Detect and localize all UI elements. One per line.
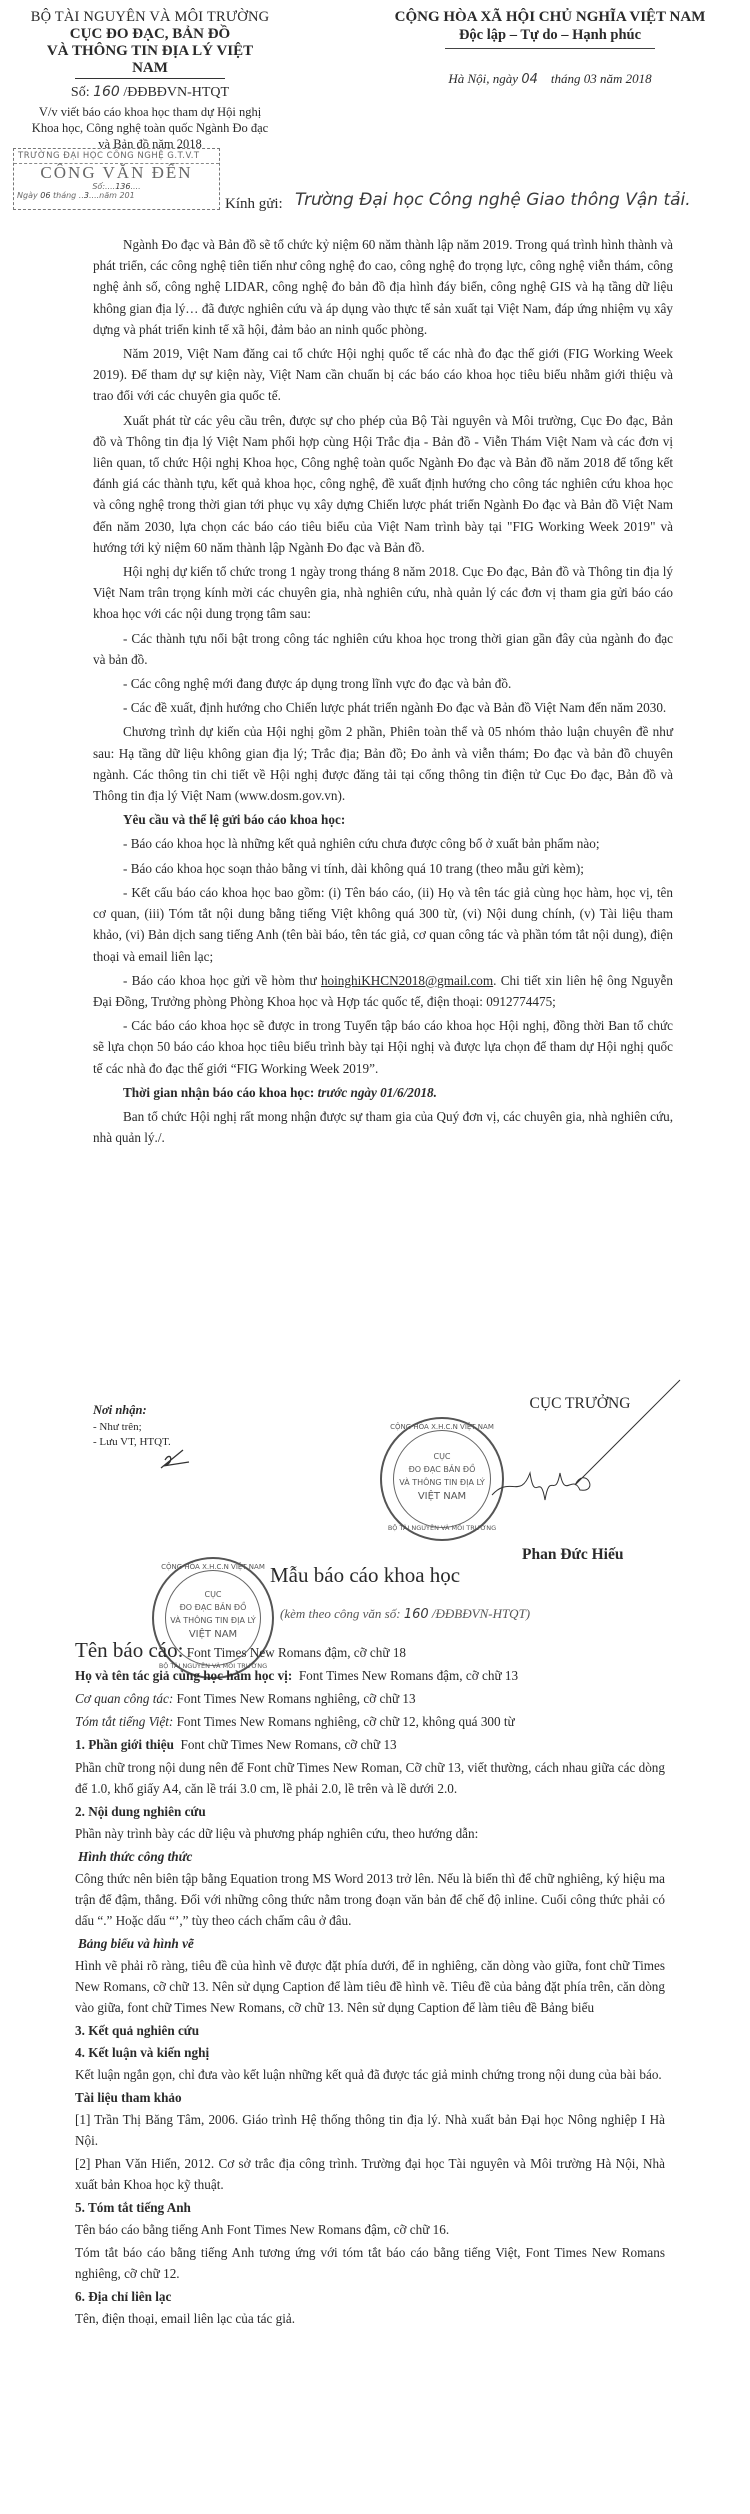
recipients-list: Nơi nhận: - Như trên; - Lưu VT, HTQT.: [93, 1403, 193, 1477]
received-stamp-title: CÔNG VĂN ĐẾN: [14, 164, 219, 182]
section-text: Tóm tắt báo cáo bằng tiếng Anh tương ứng…: [75, 2242, 665, 2284]
section-text: Tên, điện thoại, email liên lạc của tác …: [75, 2308, 665, 2329]
recipient-handwritten: Trường Đại học Công nghệ Giao thông Vận …: [295, 190, 691, 210]
paragraph: Ngành Đo đạc và Bản đồ sẽ tổ chức kỷ niệ…: [93, 234, 673, 340]
national-header: CỘNG HÒA XÃ HỘI CHỦ NGHĨA VIỆT NAM Độc l…: [380, 8, 720, 87]
section-heading: Tài liệu tham khảo: [75, 2087, 665, 2108]
agency-name-line1: CỤC ĐO ĐẠC, BẢN ĐỒ: [30, 26, 270, 43]
subsection-heading: Hình thức công thức: [78, 1846, 665, 1867]
section-text: Công thức nên biên tập bằng Equation tro…: [75, 1868, 665, 1931]
section-text: Hình vẽ phải rõ ràng, tiêu đề của hình v…: [75, 1955, 665, 2018]
initial-mark-icon: [153, 1442, 193, 1472]
deadline: Thời gian nhận báo cáo khoa học: trước n…: [93, 1082, 673, 1103]
signature-block: CỤC TRƯỞNG CỘNG HÒA X.H.C.N VIỆT NAM CỤC…: [440, 1395, 690, 1413]
agency-name-line2: VÀ THÔNG TIN ĐỊA LÝ VIỆT NAM: [30, 43, 270, 77]
topic-item: - Các công nghệ mới đang được áp dụng tr…: [93, 673, 673, 694]
report-template: Tên báo cáo: Font Times New Romans đậm, …: [75, 1640, 665, 2331]
paragraph: Năm 2019, Việt Nam đăng cai tổ chức Hội …: [93, 343, 673, 407]
received-stamp-number: Số:....136....: [14, 182, 219, 191]
section-text: Tên báo cáo bằng tiếng Anh Font Times Ne…: [75, 2219, 665, 2240]
document-number-handwritten: 160: [93, 84, 120, 100]
letter-body: Ngành Đo đạc và Bản đồ sẽ tổ chức kỷ niệ…: [93, 234, 673, 1151]
received-stamp-date: Ngày 06 tháng ..3....năm 201: [14, 191, 219, 200]
template-section-1: 1. Phần giới thiệu Font chữ Times New Ro…: [75, 1734, 665, 1755]
received-stamp: TRƯỜNG ĐẠI HỌC CÔNG NGHỆ G.T.V.T CÔNG VĂ…: [13, 148, 220, 210]
paragraph: Chương trình dự kiến của Hội nghị gồm 2 …: [93, 721, 673, 806]
subsection-heading: Bảng biểu và hình vẽ: [78, 1933, 665, 1954]
section-heading: 2. Nội dung nghiên cứu: [75, 1801, 665, 1822]
issuer-header: BỘ TÀI NGUYÊN VÀ MÔI TRƯỜNG CỤC ĐO ĐẠC, …: [30, 8, 270, 152]
template-abstract: Tóm tắt tiếng Việt: Font Times New Roman…: [75, 1711, 665, 1732]
submission-email-link[interactable]: hoinghiKHCN2018@gmail.com: [321, 973, 493, 988]
signature-icon: [490, 1375, 690, 1525]
section-text: Kết luận ngắn gọn, chỉ đưa vào kết luận …: [75, 2064, 665, 2085]
paragraph: Xuất phát từ các yêu cầu trên, được sự c…: [93, 410, 673, 558]
recipient-label: Kính gửi:: [225, 196, 283, 213]
header-divider: [75, 78, 225, 79]
template-subtitle: (kèm theo công văn số: 160 /ĐĐBĐVN-HTQT): [280, 1606, 530, 1622]
template-author: Họ và tên tác giả cùng học hàm học vị: F…: [75, 1665, 665, 1686]
recipients-title: Nơi nhận:: [93, 1403, 193, 1418]
section-heading: 6. Địa chỉ liên lạc: [75, 2286, 665, 2307]
template-report-name: Tên báo cáo: Font Times New Romans đậm, …: [75, 1640, 665, 1663]
topic-item: - Các thành tựu nổi bật trong công tác n…: [93, 628, 673, 670]
section-heading: 5. Tóm tắt tiếng Anh: [75, 2197, 665, 2218]
requirement-item: - Các báo cáo khoa học sẽ được in trong …: [93, 1015, 673, 1079]
ministry-name: BỘ TÀI NGUYÊN VÀ MÔI TRƯỜNG: [30, 8, 270, 26]
requirement-item: - Báo cáo khoa học là những kết quả nghi…: [93, 833, 673, 854]
closing-paragraph: Ban tổ chức Hội nghị rất mong nhận được …: [93, 1106, 673, 1148]
paragraph: Hội nghị dự kiến tổ chức trong 1 ngày tr…: [93, 561, 673, 625]
template-title: Mẫu báo cáo khoa học: [270, 1563, 460, 1588]
requirement-item: - Báo cáo khoa học soạn thảo bằng vi tín…: [93, 858, 673, 879]
issue-date: Hà Nội, ngày 04 tháng 03 năm 2018: [380, 71, 720, 87]
requirements-heading: Yêu cầu và thể lệ gửi báo cáo khoa học:: [93, 809, 673, 830]
national-motto: Độc lập – Tự do – Hạnh phúc: [380, 26, 720, 44]
document-subject: V/v viết báo cáo khoa học tham dự Hội ng…: [30, 104, 270, 152]
section-text: Phần này trình bày các dữ liệu và phương…: [75, 1823, 665, 1844]
requirement-item: - Kết cấu báo cáo khoa học bao gồm: (i) …: [93, 882, 673, 967]
signer-name: Phan Đức Hiếu: [522, 1546, 623, 1564]
recipients-item: - Như trên;: [93, 1420, 193, 1435]
requirement-item: - Báo cáo khoa học gửi về hòm thư hoingh…: [93, 970, 673, 1012]
official-seal: CỘNG HÒA X.H.C.N VIỆT NAM CỤC ĐO ĐẠC BẢN…: [380, 1417, 504, 1541]
nation-name: CỘNG HÒA XÃ HỘI CHỦ NGHĨA VIỆT NAM: [380, 8, 720, 26]
section-text: Phần chữ trong nội dung nên để Font chữ …: [75, 1757, 665, 1799]
reference-item: [1] Trần Thị Băng Tâm, 2006. Giáo trình …: [75, 2109, 665, 2151]
section-heading: 3. Kết quả nghiên cứu: [75, 2020, 665, 2041]
document-number: Số: 160 /ĐĐBĐVN-HTQT: [30, 83, 270, 102]
template-org: Cơ quan công tác: Font Times New Romans …: [75, 1688, 665, 1709]
section-heading: 4. Kết luận và kiến nghị: [75, 2042, 665, 2063]
received-stamp-org: TRƯỜNG ĐẠI HỌC CÔNG NGHỆ G.T.V.T: [14, 149, 219, 164]
reference-item: [2] Phan Văn Hiến, 2012. Cơ sở trắc địa …: [75, 2153, 665, 2195]
topic-item: - Các đề xuất, định hướng cho Chiến lược…: [93, 697, 673, 718]
motto-divider: [445, 48, 655, 49]
